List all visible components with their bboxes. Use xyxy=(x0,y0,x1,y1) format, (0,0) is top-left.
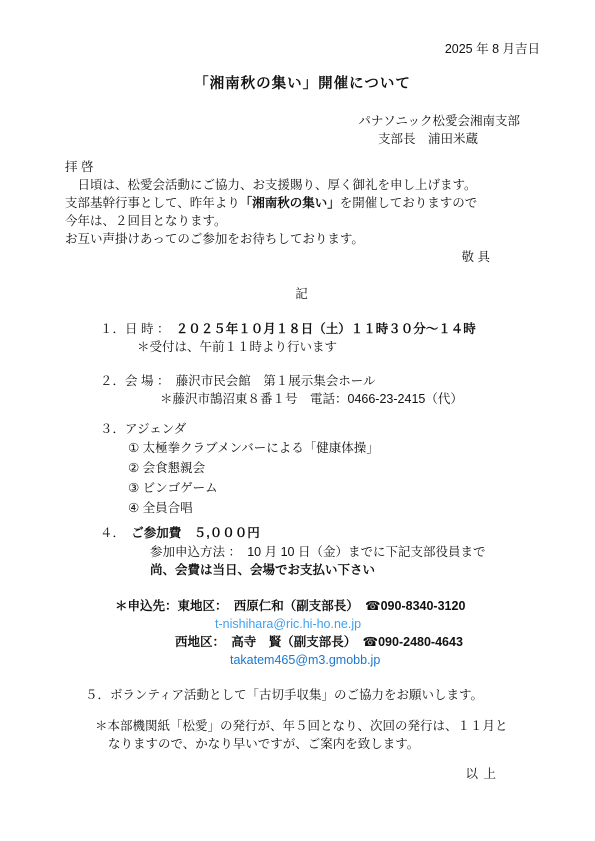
postscript-line-1: ＊本部機関紙「松愛」の発行が、年５回となり、次回の発行は、１１月と xyxy=(95,717,540,735)
closing-word: 敬 具 xyxy=(65,248,540,266)
closing-mark: 以 上 xyxy=(65,765,540,783)
payment-note: 尚、会費は当日、会場でお支払い下さい xyxy=(150,561,540,579)
salutation: 拝 啓 xyxy=(65,158,540,176)
venue-label: ２．会 場 ： xyxy=(100,374,176,388)
reception-note: ＊受付は、午前１１時より行います xyxy=(137,338,540,356)
event-name-bold: 「湘南秋の集い」 xyxy=(240,196,340,210)
body-line-4: お互い声掛けあってのご参加をお待ちしております。 xyxy=(65,230,540,248)
item-venue: ２．会 場 ： 藤沢市民会館 第１展示集会ホール xyxy=(100,372,540,390)
fee-value: ご参加費 ５,０００円 xyxy=(131,526,259,540)
contact-east-label: ＊申込先：東地区： 西原仁和（副支部長） xyxy=(115,599,365,613)
contact-west: 西地区： 高寺 賢（副支部長） ☎090-2480-4643 xyxy=(175,633,540,651)
agenda-item: ④ 全員合唱 xyxy=(128,498,540,518)
date-time-label: １．日 時 ： xyxy=(100,322,176,336)
phone-icon: ☎ xyxy=(365,599,381,613)
body-line-2-pre: 支部基幹行事として、昨年より xyxy=(65,196,240,210)
application-method: 参加申込方法 ： 10 月 10 日（金）までに下記支部役員まで xyxy=(150,543,540,561)
item-agenda-heading: ３．アジェンダ xyxy=(100,420,540,438)
venue-value: 藤沢市民会館 第１展示集会ホール xyxy=(176,374,376,388)
sender-name: 支部長 浦田米蔵 xyxy=(65,130,540,148)
agenda-item: ② 会食懇親会 xyxy=(128,458,540,478)
body-line-1: 日頃は、松愛会活動にご協力、お支援賜り、厚く御礼を申し上げます。 xyxy=(65,176,540,194)
agenda-item: ① 太極拳クラブメンバーによる「健康体操」 xyxy=(128,438,540,458)
contact-east: ＊申込先：東地区： 西原仁和（副支部長） ☎090-8340-3120 xyxy=(115,597,540,615)
date-time-value: ２０２５年１０月１８日（土）１１時３０分～１４時 xyxy=(176,322,476,336)
sender-org: パナソニック松愛会湘南支部 xyxy=(65,112,540,130)
body-line-2-post: を開催しておりますので xyxy=(340,196,478,210)
letter-page: 2025 年 8 月吉日 「湘南秋の集い」開催について パナソニック松愛会湘南支… xyxy=(0,0,595,841)
contact-east-email: t-nishihara@ric.hi-ho.ne.jp xyxy=(215,615,540,633)
contact-west-email: takatem465@m3.gmobb.jp xyxy=(230,651,540,669)
item-date-time: １．日 時 ： ２０２５年１０月１８日（土）１１時３０分～１４時 xyxy=(100,320,540,338)
fee-number: ４． xyxy=(100,526,131,540)
venue-address-note: ＊藤沢市鵠沼東８番１号 電話：0466-23-2415（代） xyxy=(160,390,540,408)
contact-west-phone: 090-2480-4643 xyxy=(378,635,463,649)
greeting-paragraph: 日頃は、松愛会活動にご協力、お支援賜り、厚く御礼を申し上げます。 支部基幹行事と… xyxy=(65,176,540,248)
contact-east-phone: 090-8340-3120 xyxy=(381,599,466,613)
issue-date: 2025 年 8 月吉日 xyxy=(65,40,540,58)
page-title: 「湘南秋の集い」開催について xyxy=(65,74,540,94)
contact-east-email-link[interactable]: t-nishihara@ric.hi-ho.ne.jp xyxy=(215,617,361,631)
postscript: ＊本部機関紙「松愛」の発行が、年５回となり、次回の発行は、１１月と なりますので… xyxy=(65,717,540,753)
record-heading: 記 xyxy=(65,285,540,303)
postscript-line-2: なりますので、かなり早いですが、ご案内を致します。 xyxy=(108,735,540,753)
sender-block: パナソニック松愛会湘南支部 支部長 浦田米蔵 xyxy=(65,112,540,148)
contact-west-label: 西地区： 高寺 賢（副支部長） xyxy=(175,635,363,649)
agenda-item: ③ ビンゴゲーム xyxy=(128,478,540,498)
contact-west-email-link[interactable]: takatem465@m3.gmobb.jp xyxy=(230,653,380,667)
body-line-2: 支部基幹行事として、昨年より「湘南秋の集い」を開催しておりますので xyxy=(65,194,540,212)
item-fee: ４． ご参加費 ５,０００円 xyxy=(100,524,540,543)
phone-icon: ☎ xyxy=(363,635,379,649)
item-volunteer: ５．ボランティア活動として「古切手収集」のご協力をお願いします。 xyxy=(85,686,540,704)
body-line-3: 今年は、２回目となります。 xyxy=(65,212,540,230)
